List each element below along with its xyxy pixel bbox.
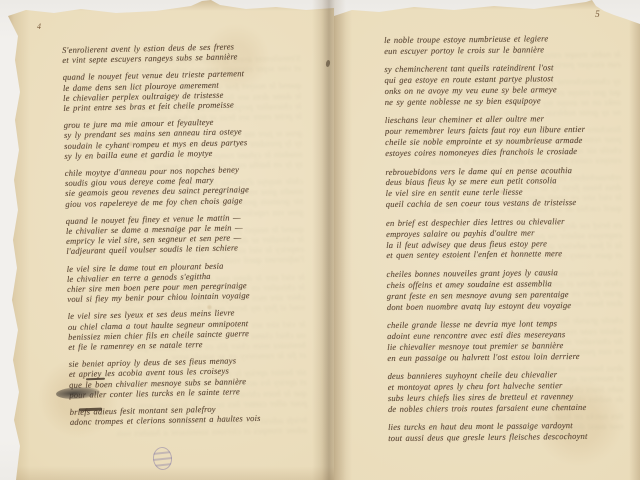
stanza: cheile grande liesse ne devria mye lont … [387,317,637,363]
page-number-left: 4 [37,22,41,31]
stanza: le noble troupe estoye numbrieuse et leg… [384,32,634,56]
stanza: deus bannieres suyhoynt cheile deu chiev… [388,368,638,414]
manuscript-line: estoyes coires nomoneyes dies franchois … [385,146,635,160]
page-number-right: 5 [595,10,600,20]
right-page-text: le noble troupe estoye numbrieuse et leg… [384,32,638,451]
stanza: grou te jure ma mie amour et feyaulteyes… [64,115,321,161]
manuscript-line: queil cachia de sen coeur tous vestans d… [386,197,636,211]
stanza: sy chemincherent tant queils rateindiren… [384,62,634,108]
manuscript-line: dont boen nuombre avatq luy estoynt deu … [387,299,637,313]
stanza: le viel sire ses lyeux et ses deus meins… [68,306,325,352]
stanza: rebrouebidons vers le dame qui en pense … [385,164,635,210]
stanza: quand le nouyet feut venue deu trieste p… [63,67,320,113]
manuscript-line: tout aussi deus que gresle leurs fleisch… [388,430,638,444]
stanza: chile moytye d'anneau pour nos nopches b… [65,163,322,209]
stanza: briefs adieus fesit montant sen palefroy… [70,402,326,428]
manuscript-line: de nobles chiers trois routes farsaient … [388,401,638,415]
stanza: quand le nouyet feu finey et venue le ma… [66,210,323,256]
stanza: lieschans leur cheminer et aller oultre … [385,113,635,159]
stanza: en brief est despechier dies lettres ou … [386,215,636,261]
stanza: le viel sire le dame tout en plourant be… [67,258,324,304]
left-page-text: S'enrolierent avent ly estion deus de se… [62,40,326,435]
manuscript-line: eun escuyer portoy le crois sur le banni… [384,43,634,57]
manuscript-line: en eun passaige ou halvrett l'ost estou … [387,350,637,364]
manuscript-line: et quen sentey estoient l'enfen et honne… [386,248,636,262]
stanza: sie beniet aprioy ly deus de ses fieus m… [69,354,326,400]
stanza: lies turcks en haut deu mont le passaige… [388,420,638,444]
stanza: cheiles bonnes nouveiles grant joyes ly … [386,266,636,312]
manuscript-line: ne sy gente noblesse ne sy bien esquipoy… [385,94,635,108]
manuscript-scan: S'enrolierent avent ly estion deus de se… [0,0,640,480]
stanza: S'enrolierent avent ly estion deus de se… [62,40,318,66]
